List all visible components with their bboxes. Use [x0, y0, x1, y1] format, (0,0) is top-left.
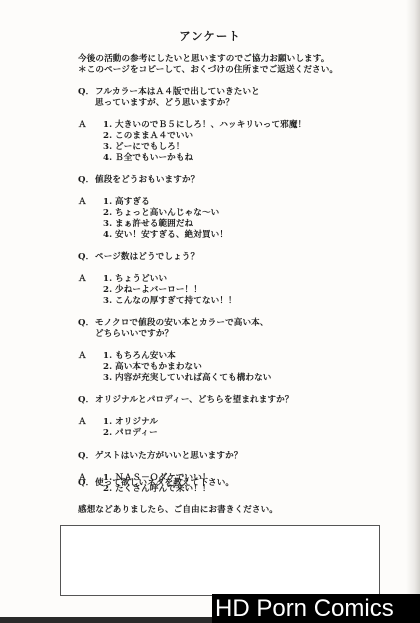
answer-2-4[interactable]: 4.安い！安すぎる、絶対買い！: [103, 230, 228, 241]
answer-5-2[interactable]: 2.パロディー: [103, 428, 158, 439]
q-marker: Q．: [78, 87, 95, 98]
question-1-text-line-2: 思っていますが、どう思いますか？: [95, 98, 234, 109]
intro-line-2: ＊このページをコピーして、おくづけの住所までご返送ください。: [78, 65, 338, 76]
answer-3-2[interactable]: 2.少ねーよバーロー！！: [103, 285, 202, 296]
question-5: Q．オリジナルとパロディー、どちらを望まれますか？: [78, 395, 294, 406]
answer-1-4[interactable]: 4.Ｂ全でもいーかもね: [103, 153, 193, 164]
answer-4-1[interactable]: Ａ1.もちろん安い本: [78, 351, 176, 362]
answer-2-1[interactable]: Ａ1.高すぎる: [78, 197, 150, 208]
question-6: Q．ゲストはいた方がいいと思いますか？: [78, 451, 242, 462]
answer-1-2[interactable]: 2.このままＡ４でいい: [103, 131, 193, 142]
answer-2-2[interactable]: 2.ちょっと高いんじゃな〜い: [103, 208, 219, 219]
answer-2-3[interactable]: 3.まぁ許せる範囲だね: [103, 219, 193, 230]
answer-3-3[interactable]: 3.こんなの厚すぎて持てない！！: [103, 296, 237, 307]
page-title: アンケート: [0, 28, 420, 44]
question-3: Q．ページ数はどうでしょう？: [78, 252, 199, 263]
intro-line-1: 今後の活動の参考にしたいと思いますのでご協力お願いします。: [78, 54, 329, 65]
watermark: HD Porn Comics: [212, 594, 420, 623]
question-2: Q．値段をどうおもいますか？: [78, 175, 199, 186]
answer-1-3[interactable]: 3.どーにでもしろ！: [103, 142, 185, 153]
answer-1-1[interactable]: Ａ1.大きいのでＢ５にしろ！、ハッキリいって邪魔！: [78, 120, 306, 131]
question-4-text-line-2: どちらいいですか？: [95, 329, 173, 340]
question-1: Q．フルカラー本はＡ４版で出していきたいと: [78, 87, 260, 98]
answer-3-1[interactable]: Ａ1.ちょうどいい: [78, 274, 167, 285]
page-binding-shadow: [406, 0, 420, 623]
answer-4-3[interactable]: 3.内容が充実していれば高くても構わない: [103, 373, 272, 384]
comment-prompt: 感想などありましたら、ご自由にお書きください。: [78, 505, 278, 516]
question-1-text-line-1: フルカラー本はＡ４版で出していきたいと: [95, 87, 260, 97]
answer-5-1[interactable]: Ａ1.オリジナル: [78, 417, 158, 428]
question-4: Q．モノクロで値段の安い本とカラーで高い本、: [78, 318, 269, 329]
question-7: Q．使って欲しいネタを教えて下さい。: [78, 478, 234, 489]
a-marker: Ａ: [78, 120, 103, 131]
comment-box[interactable]: [60, 525, 380, 596]
answer-4-2[interactable]: 2.高い本でもかまわない: [103, 362, 202, 373]
